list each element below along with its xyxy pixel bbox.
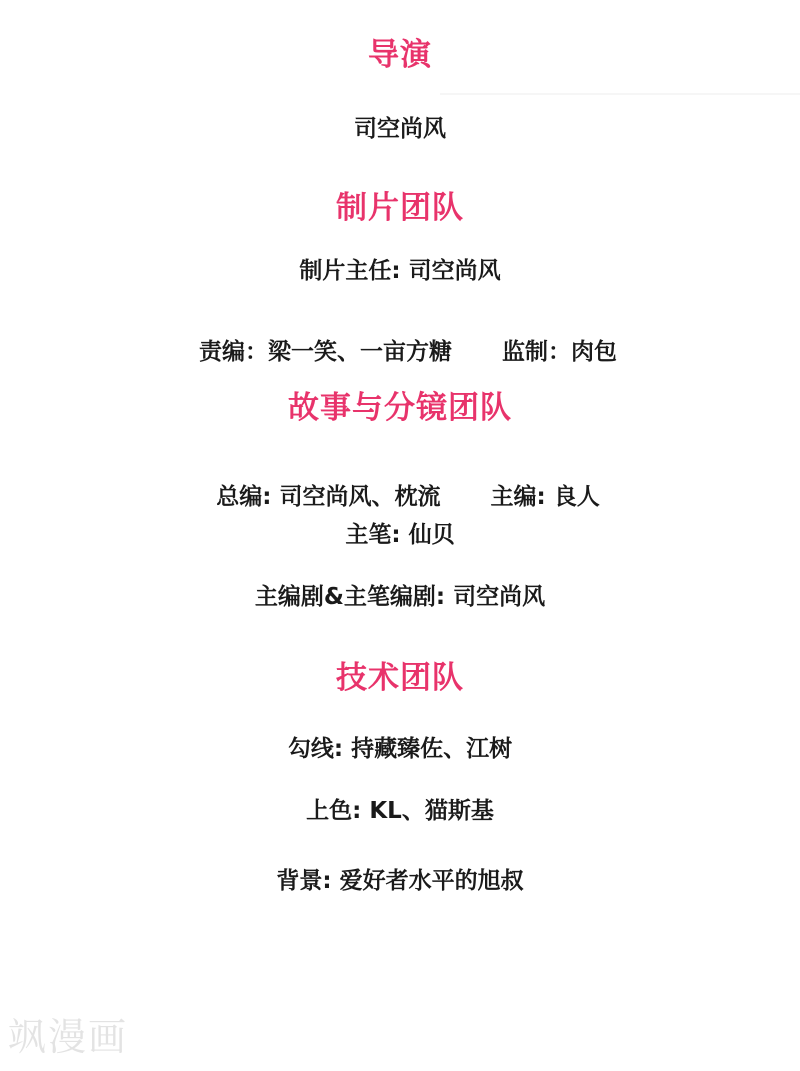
credit-chief-editor: 总编: 司空尚风、枕流 [216,484,440,510]
credit-editors: 责编：梁一笑、一亩方糖 [199,339,452,365]
heading-story-team: 故事与分镜团队 [0,393,800,424]
heading-production-team: 制片团队 [0,193,800,224]
credit-lineart: 勾线: 持藏臻佐、江树 [0,738,800,761]
credit-editors-supervisor: 责编：梁一笑、一亩方糖监制：肉包 [0,318,800,364]
heading-tech-team: 技术团队 [0,663,800,694]
watermark-logo: 飒漫画 [8,1018,128,1056]
credit-chief-editors: 总编: 司空尚风、枕流主编: 良人 [0,463,800,509]
credit-background: 背景: 爱好者水平的旭叔 [0,870,800,893]
heading-director: 导演 [0,40,800,71]
credit-coloring: 上色: KL、猫斯基 [0,800,800,823]
divider [440,93,800,95]
credit-production-manager: 制片主任: 司空尚风 [0,260,800,283]
credit-screenwriter: 主编剧&主笔编剧: 司空尚风 [0,586,800,609]
credit-director: 司空尚风 [0,118,800,141]
credit-main-editor: 主编: 良人 [491,484,600,510]
credit-lead-artist: 主笔: 仙贝 [0,524,800,547]
credit-supervisor: 监制：肉包 [502,339,617,365]
